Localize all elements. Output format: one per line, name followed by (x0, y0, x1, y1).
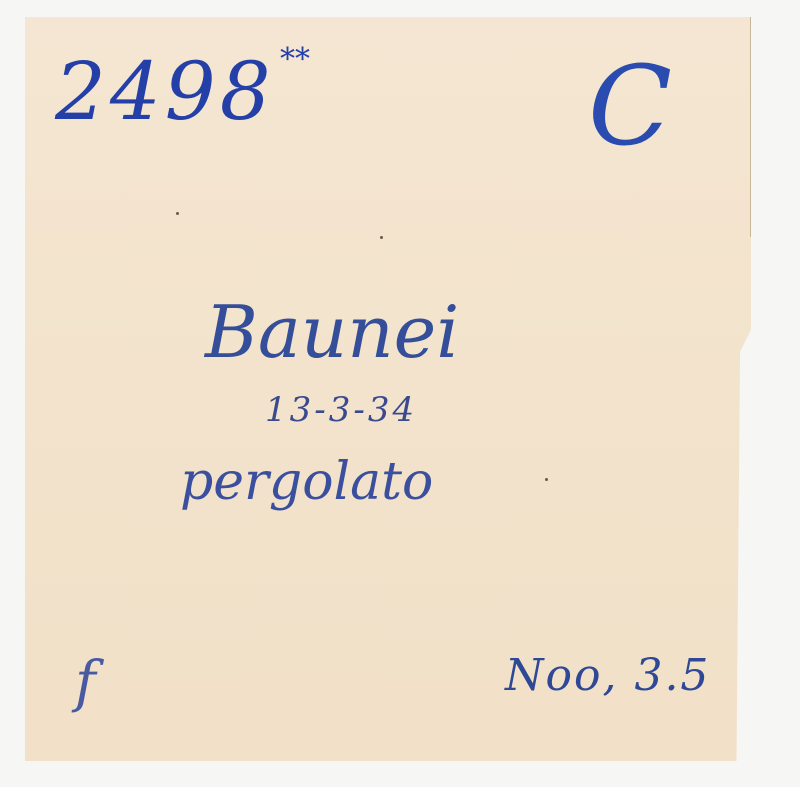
paper-speck (545, 478, 548, 481)
habitat-note: pergolato (180, 452, 433, 512)
paper-speck (176, 212, 179, 215)
paper-speck (380, 236, 383, 239)
bottom-left-mark: f (75, 650, 96, 715)
class-letter: C (588, 42, 672, 170)
bottom-right-note: Noo, 3.5 (505, 650, 710, 701)
collection-date: 13-3-34 (265, 390, 417, 430)
catalog-star-marks: ** (280, 42, 310, 77)
locality-name: Baunei (205, 290, 459, 374)
catalog-number: 2498 (55, 45, 275, 138)
paper-fold-edge (744, 17, 751, 237)
